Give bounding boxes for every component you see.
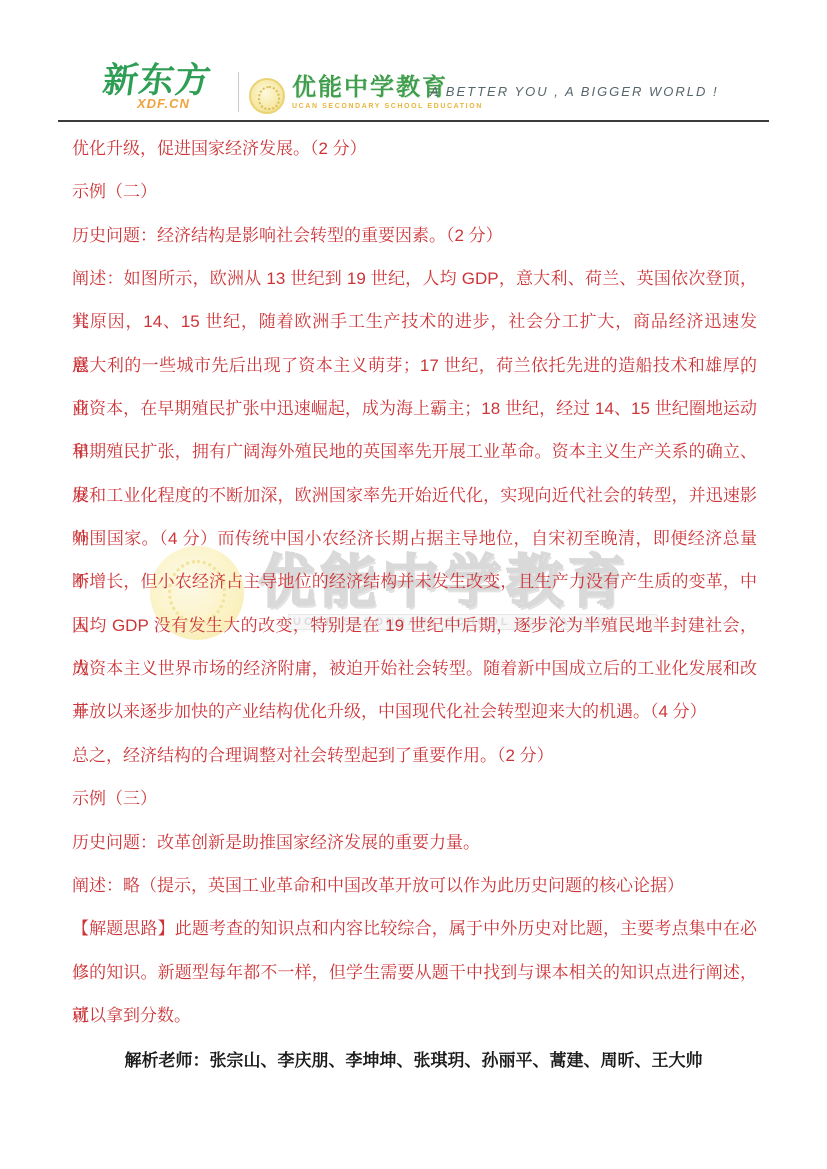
body-line: 优化升级，促进国家经济发展。（2 分） <box>72 127 757 170</box>
document-page: 新东方 XDF.CN 优能中学教育 UCAN SECONDARY SCHOOL … <box>0 0 827 1169</box>
body-line: 历史问题：改革创新是助推国家经济发展的重要力量。 <box>72 821 757 864</box>
body-lines: 优化升级，促进国家经济发展。（2 分）示例（二）历史问题：经济结构是影响社会转型… <box>72 127 757 1037</box>
xdf-logo: 新东方 XDF.CN <box>103 64 211 111</box>
body-line: 人均 GDP 没有发生大的改变，特别是在 19 世纪中后期，逐步沦为半殖民地半封… <box>72 604 757 647</box>
body-line: 早期殖民扩张，拥有广阔海外殖民地的英国率先开展工业革命。资本主义生产关系的确立、… <box>72 430 757 473</box>
body-line: 示例（二） <box>72 170 757 213</box>
body-line: 示例（三） <box>72 777 757 820</box>
ucan-logo-icon <box>249 78 285 114</box>
body-line: 二的知识。新题型每年都不一样，但学生需要从题干中找到与课本相关的知识点进行阐述，… <box>72 951 757 994</box>
body-line: 为资本主义世界市场的经济附庸，被迫开始社会转型。随着新中国成立后的工业化发展和改… <box>72 647 757 690</box>
body-line: 开放以来逐步加快的产业结构优化升级，中国现代化社会转型迎来大的机遇。（4 分） <box>72 690 757 733</box>
body-line: 意大利的一些城市先后出现了资本主义萌芽；17 世纪，荷兰依托先进的造船技术和雄厚… <box>72 344 757 387</box>
body-line: 断增长，但小农经济占主导地位的经济结构并未发生改变，且生产力没有产生质的变革，中… <box>72 560 757 603</box>
header-tagline: A BETTER YOU , A BIGGER WORLD ! <box>430 84 719 99</box>
body-line: 【解题思路】此题考查的知识点和内容比较综合，属于中外历史对比题，主要考点集中在必… <box>72 907 757 950</box>
ucan-logo-subtext: UCAN SECONDARY SCHOOL EDUCATION <box>292 103 483 110</box>
body-line: 展和工业化程度的不断加深，欧洲国家率先开始近代化，实现向近代社会的转型，并迅速影… <box>72 474 757 517</box>
body-line: 可以拿到分数。 <box>72 994 757 1037</box>
body-line: 外围国家。（4 分）而传统中国小农经济长期占据主导地位，自宋初至晚清，即便经济总… <box>72 517 757 560</box>
body-line: 阐述：如图所示，欧洲从 13 世纪到 19 世纪，人均 GDP，意大利、荷兰、英… <box>72 257 757 300</box>
body-line: 其原因，14、15 世纪，随着欧洲手工生产技术的进步，社会分工扩大，商品经济迅速… <box>72 300 757 343</box>
footer-teachers: 解析老师：张宗山、李庆朋、李坤坤、张琪玥、孙丽平、蒿建、周昕、王大帅 <box>0 1046 827 1071</box>
header-divider <box>238 72 239 112</box>
body-line: 总之，经济结构的合理调整对社会转型起到了重要作用。（2 分） <box>72 734 757 777</box>
xdf-logo-text: 新东方 <box>101 64 214 98</box>
body-line: 阐述：略（提示，英国工业革命和中国改革开放可以作为此历史问题的核心论据） <box>72 864 757 907</box>
body-line: 历史问题：经济结构是影响社会转型的重要因素。（2 分） <box>72 214 757 257</box>
body-line: 业资本，在早期殖民扩张中迅速崛起，成为海上霸主；18 世纪，经过 14、15 世… <box>72 387 757 430</box>
header-rule <box>58 120 769 122</box>
